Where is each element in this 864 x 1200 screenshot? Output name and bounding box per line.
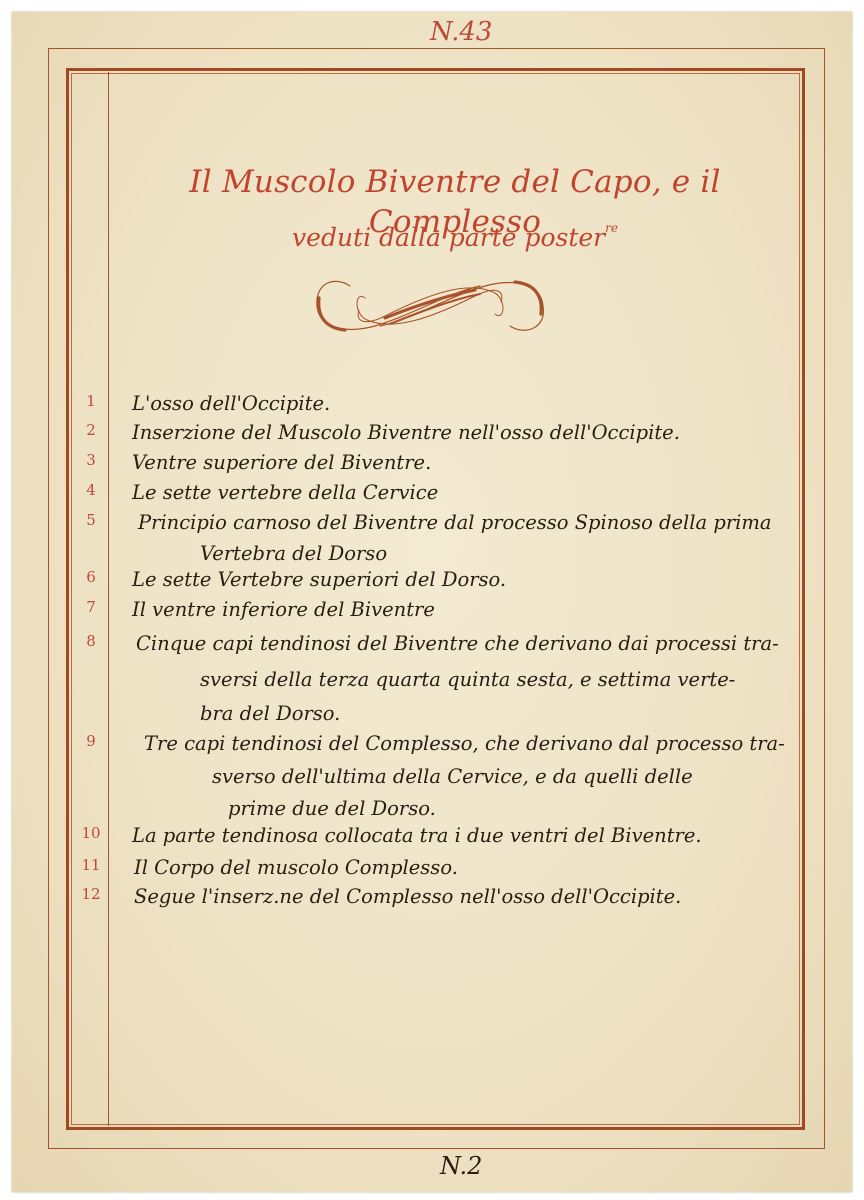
folio-number-top: N.43 bbox=[430, 12, 510, 52]
entry-text-continuation: bra del Dorso. bbox=[200, 702, 340, 725]
entry-number: 5 bbox=[78, 511, 104, 529]
entry-text: Inserzione del Muscolo Biventre nell'oss… bbox=[132, 421, 680, 444]
entry-number: 6 bbox=[78, 568, 104, 586]
entry-text: Segue l'inserz.ne del Complesso nell'oss… bbox=[134, 885, 681, 908]
entry-text-continuation: Vertebra del Dorso bbox=[200, 542, 387, 565]
entry-number: 3 bbox=[78, 451, 104, 469]
entry-text: Principio carnoso del Biventre dal proce… bbox=[138, 511, 772, 534]
entry-number: 1 bbox=[78, 392, 104, 410]
entry-number: 11 bbox=[78, 856, 104, 874]
entry-number: 10 bbox=[78, 824, 104, 842]
entry-text: Tre capi tendinosi del Complesso, che de… bbox=[144, 732, 785, 755]
entry-number: 2 bbox=[78, 421, 104, 439]
entry-number: 7 bbox=[78, 598, 104, 616]
entry-text-continuation: sverso dell'ultima della Cervice, e da q… bbox=[212, 765, 693, 788]
entry-text-continuation: sversi della terza quarta quinta sesta, … bbox=[200, 668, 735, 691]
entry-number: 9 bbox=[78, 732, 104, 750]
entry-number: 4 bbox=[78, 481, 104, 499]
subtitle-text: veduti dalla parte poster bbox=[292, 223, 605, 252]
entry-text: Le sette vertebre della Cervice bbox=[132, 481, 438, 504]
entry-text: Il ventre inferiore del Biventre bbox=[132, 598, 435, 621]
page-subtitle: veduti dalla parte posterre bbox=[110, 210, 800, 256]
entry-number: 8 bbox=[78, 632, 104, 650]
entry-text: Cinque capi tendinosi del Biventre che d… bbox=[136, 632, 779, 655]
entry-text: La parte tendinosa collocata tra i due v… bbox=[132, 824, 702, 847]
entry-text: Le sette Vertebre superiori del Dorso. bbox=[132, 568, 506, 591]
entry-text-continuation: prime due del Dorso. bbox=[228, 797, 436, 820]
folio-number-bottom: N.2 bbox=[440, 1148, 520, 1184]
entry-text: L'osso dell'Occipite. bbox=[132, 392, 330, 415]
entry-text: Il Corpo del muscolo Complesso. bbox=[134, 856, 458, 879]
margin-rule bbox=[108, 72, 109, 1126]
calligraphic-flourish-icon bbox=[305, 268, 555, 344]
entry-text: Ventre superiore del Biventre. bbox=[132, 451, 431, 474]
subtitle-abbrev-sup: re bbox=[605, 221, 618, 235]
entry-number: 12 bbox=[78, 885, 104, 903]
